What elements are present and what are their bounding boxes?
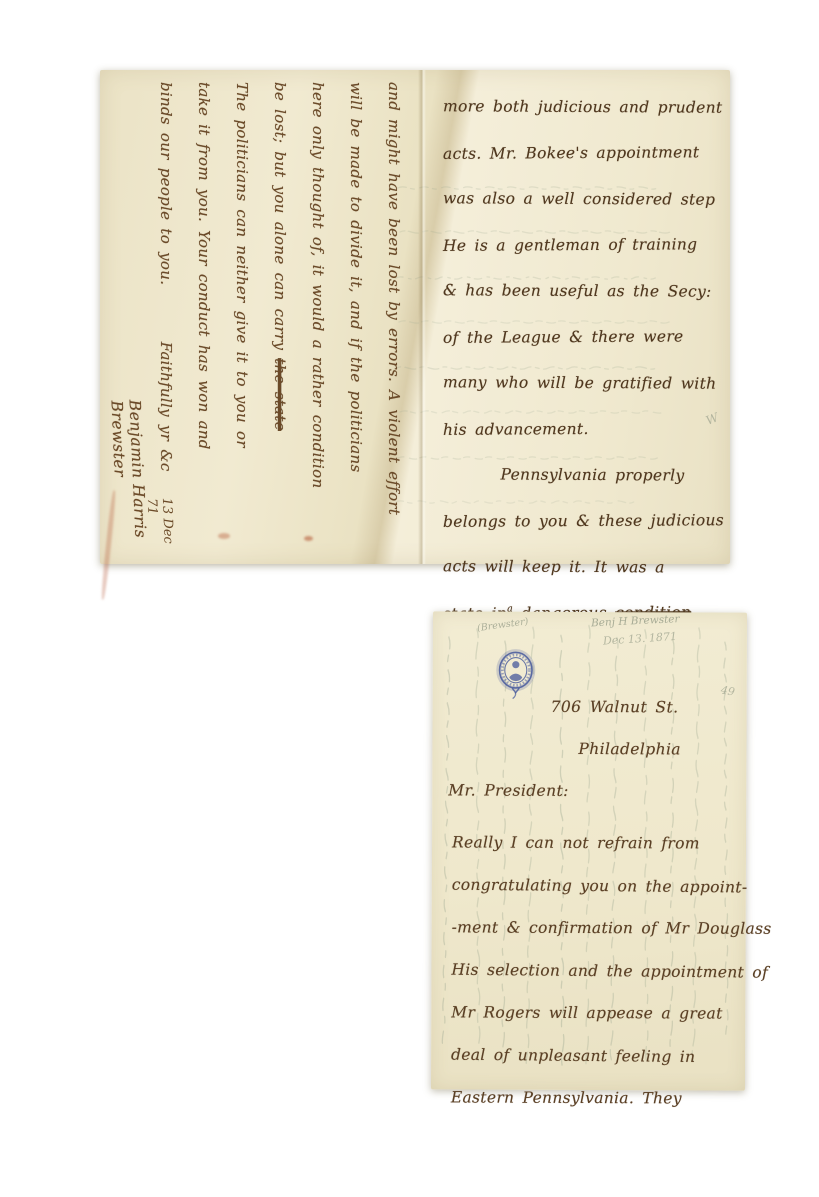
manuscript-line: Mr Rogers will appease a great (451, 989, 739, 1033)
manuscript-line: acts. Mr. Bokee's appointment (443, 127, 729, 175)
pencil-note-right-name: Benj H Brewster (591, 613, 680, 629)
manuscript-line: Pennsylvania properly (443, 449, 729, 496)
manuscript-line: his advancement. (443, 403, 729, 451)
manuscript-line: binds our people to you. Faithfully yr &… (149, 82, 187, 562)
manuscript-line: -ment & confirmation of Mr Douglass (452, 904, 740, 948)
manuscript-line: be lost; but you alone can carry the sta… (263, 82, 301, 562)
right-page-lines: more both judicious and prudent acts. Mr… (443, 82, 729, 634)
manuscript-line: acts will keep it. It was a (443, 541, 729, 588)
manuscript-line: Really I can not refrain from (452, 819, 740, 863)
manuscript-line: Eastern Pennsylvania. They (451, 1074, 739, 1118)
pencil-note-right-date: Dec 13. 1871 (603, 630, 678, 648)
city-line: Philadelphia (578, 740, 681, 758)
pencil-note-left: (Brewster) (476, 616, 529, 634)
ink-smudge (218, 533, 230, 539)
manuscript-line: congratulating you on the appoint- (452, 861, 740, 906)
manuscript-line: belongs to you & these judicious (443, 495, 729, 543)
manuscript-line: here only thought of, it would a rather … (301, 82, 339, 562)
manuscript-line: The politicians can neither give it to y… (225, 82, 263, 562)
signature: Benjamin Harris Brewster (107, 399, 150, 562)
manuscript-line: of the League & there were (443, 311, 729, 359)
manuscript-line: deal of unpleasant feeling in (451, 1031, 739, 1076)
manuscript-line: will be made to divide it, and if the po… (339, 82, 377, 562)
pencil-note-side: 49 (720, 683, 736, 698)
address-line: 706 Walnut St. (551, 698, 679, 717)
right-page-text: more both judicious and prudent acts. Mr… (443, 82, 729, 634)
manuscript-line: His selection and the appointment of (451, 946, 739, 991)
ink-smudge (304, 536, 313, 541)
manuscript-line: He is a gentleman of training (443, 219, 729, 267)
manuscript-line: was also a well considered step (443, 173, 729, 220)
bottom-page-scan: (Brewster) Benj H Brewster Dec 13. 1871 … (431, 611, 747, 1090)
top-page-scan: and might have been lost by errors. A vi… (100, 70, 730, 564)
manuscript-line: take it from you. Your conduct has won a… (187, 82, 225, 562)
manuscript-line: many who will be gratified with (443, 357, 729, 404)
left-page-lines: and might have been lost by errors. A vi… (149, 82, 415, 562)
embossed-seal-icon (495, 649, 537, 703)
manuscript-line: more both judicious and prudent (443, 81, 729, 128)
manuscript-line: & has been useful as the Secy: (443, 265, 729, 312)
salutation: Mr. President: (448, 781, 569, 800)
center-fold-crease (418, 70, 426, 564)
manuscript-line: and might have been lost by errors. A vi… (377, 82, 415, 562)
left-page-rotated-text: and might have been lost by errors. A vi… (113, 82, 415, 562)
bottom-page-lines: Really I can not refrain from congratula… (451, 819, 740, 1118)
